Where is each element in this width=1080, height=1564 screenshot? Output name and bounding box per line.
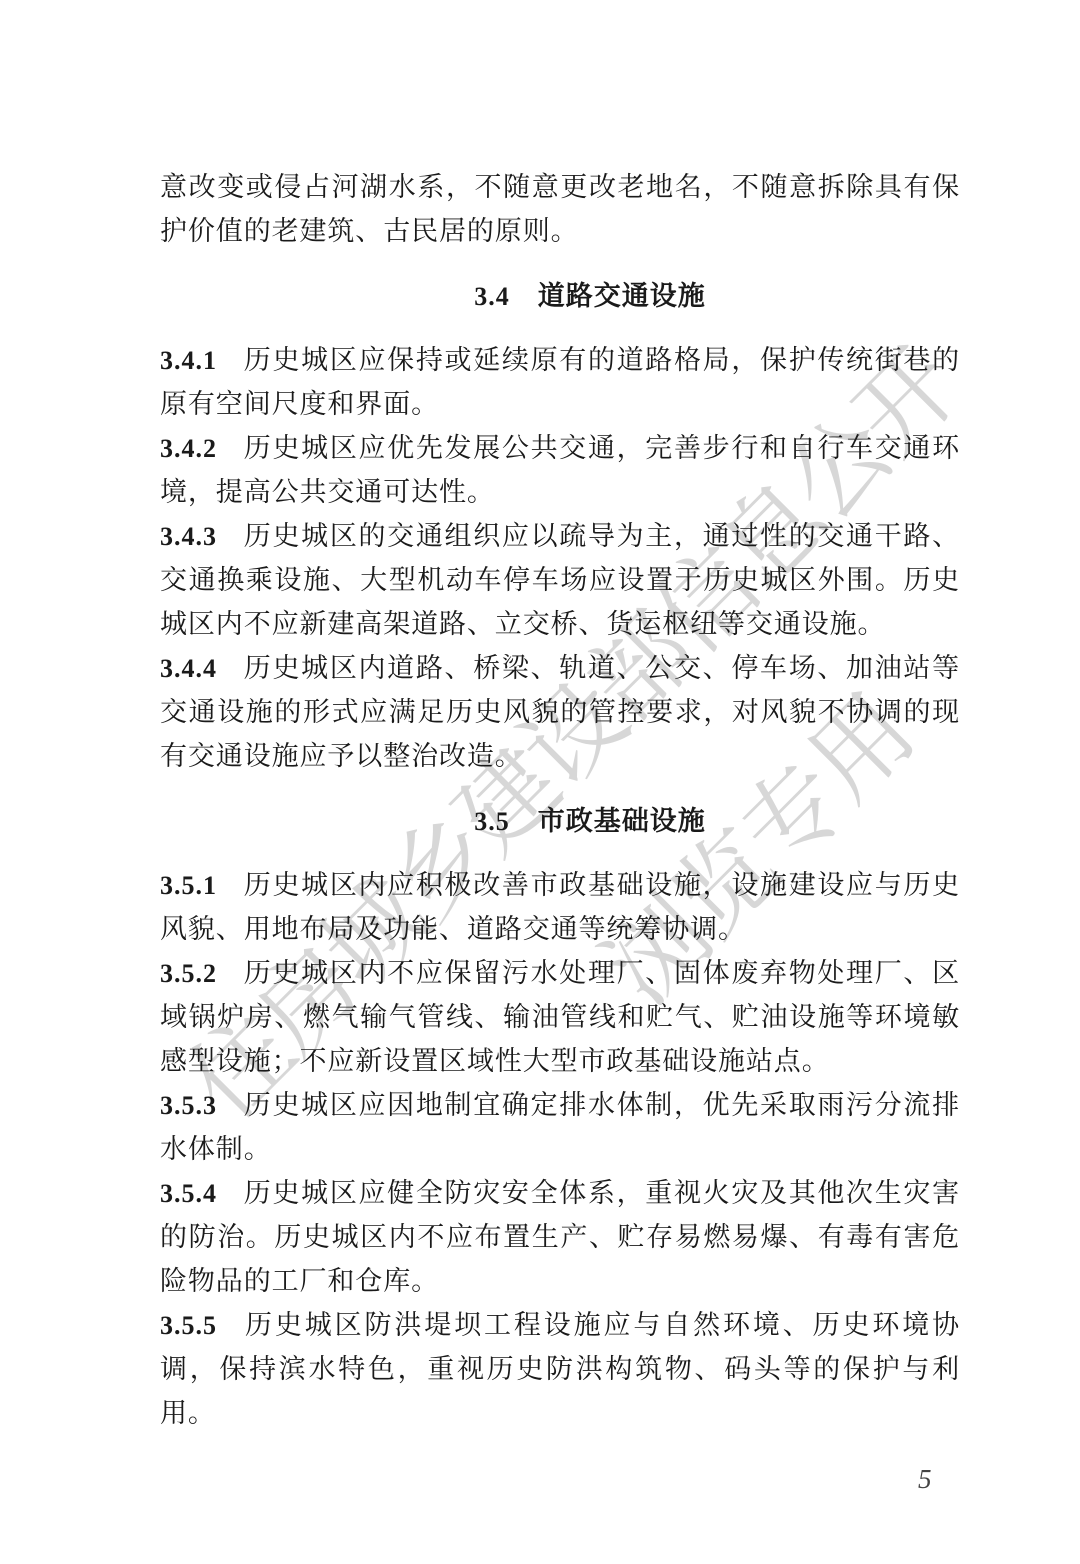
clause-text: 历史城区内不应保留污水处理厂、固体废弃物处理厂、区域锅炉房、燃气输气管线、输油管… bbox=[160, 958, 960, 1077]
clause-3-5-3: 3.5.3历史城区应因地制宜确定排水体制，优先采取雨污分流排水体制。 bbox=[160, 1084, 960, 1172]
clause-text: 历史城区应健全防灾安全体系，重视火灾及其他次生灾害的防治。历史城区内不应布置生产… bbox=[160, 1178, 960, 1297]
clause-number: 3.4.4 bbox=[160, 654, 217, 683]
clause-3-5-1: 3.5.1历史城区内应积极改善市政基础设施，设施建设应与历史风貌、用地布局及功能… bbox=[160, 864, 960, 952]
paragraph-text: 意改变或侵占河湖水系，不随意更改老地名，不随意拆除具有保护价值的老建筑、古民居的… bbox=[160, 172, 960, 247]
section-number: 3.5 bbox=[474, 807, 510, 836]
clause-number: 3.5.5 bbox=[160, 1311, 217, 1340]
section-heading-3-4: 3.4道路交通设施 bbox=[160, 275, 960, 319]
clause-text: 历史城区内道路、桥梁、轨道、公交、停车场、加油站等交通设施的形式应满足历史风貌的… bbox=[160, 653, 960, 772]
continued-paragraph: 意改变或侵占河湖水系，不随意更改老地名，不随意拆除具有保护价值的老建筑、古民居的… bbox=[160, 166, 960, 254]
clause-number: 3.5.3 bbox=[160, 1091, 217, 1120]
clause-number: 3.5.2 bbox=[160, 959, 217, 988]
clause-3-4-3: 3.4.3历史城区的交通组织应以疏导为主，通过性的交通干路、交通换乘设施、大型机… bbox=[160, 515, 960, 647]
clause-number: 3.4.2 bbox=[160, 434, 217, 463]
clause-3-5-5: 3.5.5历史城区防洪堤坝工程设施应与自然环境、历史环境协调，保持滨水特色，重视… bbox=[160, 1304, 960, 1436]
document-body: 意改变或侵占河湖水系，不随意更改老地名，不随意拆除具有保护价值的老建筑、古民居的… bbox=[160, 166, 960, 1436]
clause-text: 历史城区的交通组织应以疏导为主，通过性的交通干路、交通换乘设施、大型机动车停车场… bbox=[160, 521, 960, 640]
clause-number: 3.5.4 bbox=[160, 1179, 217, 1208]
clause-3-5-4: 3.5.4历史城区应健全防灾安全体系，重视火灾及其他次生灾害的防治。历史城区内不… bbox=[160, 1172, 960, 1304]
clause-text: 历史城区内应积极改善市政基础设施，设施建设应与历史风貌、用地布局及功能、道路交通… bbox=[160, 870, 960, 945]
clause-3-4-1: 3.4.1历史城区应保持或延续原有的道路格局，保护传统街巷的原有空间尺度和界面。 bbox=[160, 339, 960, 427]
clause-number: 3.4.3 bbox=[160, 522, 217, 551]
clause-3-5-2: 3.5.2历史城区内不应保留污水处理厂、固体废弃物处理厂、区域锅炉房、燃气输气管… bbox=[160, 952, 960, 1084]
clause-number: 3.5.1 bbox=[160, 871, 217, 900]
clause-3-4-4: 3.4.4历史城区内道路、桥梁、轨道、公交、停车场、加油站等交通设施的形式应满足… bbox=[160, 647, 960, 779]
section-title-text: 市政基础设施 bbox=[538, 806, 706, 837]
clause-text: 历史城区应因地制宜确定排水体制，优先采取雨污分流排水体制。 bbox=[160, 1090, 960, 1165]
document-page: 住房城乡建设部信息公开 浏览专用 意改变或侵占河湖水系，不随意更改老地名，不随意… bbox=[0, 0, 1080, 1564]
clause-text: 历史城区防洪堤坝工程设施应与自然环境、历史环境协调，保持滨水特色，重视历史防洪构… bbox=[160, 1310, 960, 1429]
page-number: 5 bbox=[918, 1464, 932, 1495]
section-title-text: 道路交通设施 bbox=[538, 281, 706, 312]
section-number: 3.4 bbox=[474, 282, 510, 311]
clause-text: 历史城区应优先发展公共交通，完善步行和自行车交通环境，提高公共交通可达性。 bbox=[160, 433, 960, 508]
section-heading-3-5: 3.5市政基础设施 bbox=[160, 800, 960, 844]
clause-text: 历史城区应保持或延续原有的道路格局，保护传统街巷的原有空间尺度和界面。 bbox=[160, 345, 960, 420]
clause-number: 3.4.1 bbox=[160, 346, 217, 375]
clause-3-4-2: 3.4.2历史城区应优先发展公共交通，完善步行和自行车交通环境，提高公共交通可达… bbox=[160, 427, 960, 515]
